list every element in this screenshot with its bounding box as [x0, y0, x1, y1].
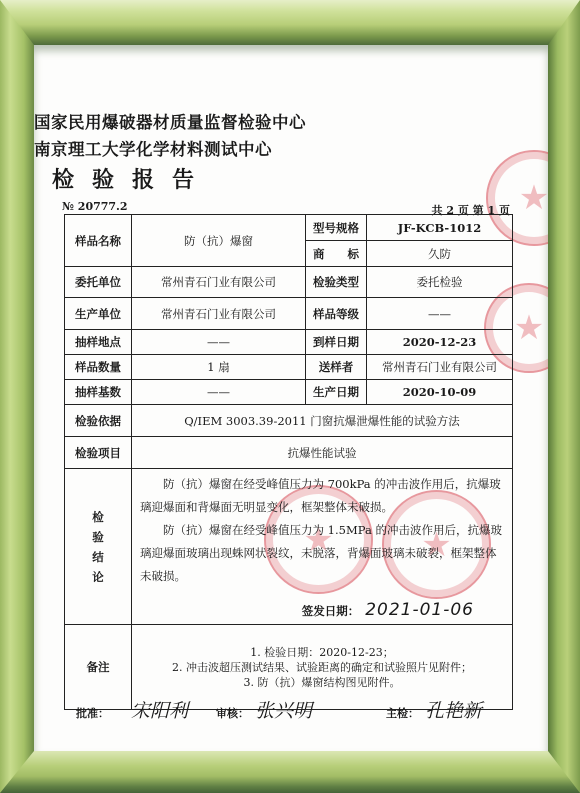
table-row: 样品名称 防（抗）爆窗 型号规格 JF-KCB-1012: [65, 215, 513, 241]
conclusion-content: 防（抗）爆窗在经受峰值压力为 700kPa 的冲击波作用后，抗爆玻璃迎爆面和背爆…: [132, 469, 513, 625]
table-row: 检验项目 抗爆性能试验: [65, 437, 513, 469]
table-row: 检验依据 Q/IEM 3003.39-2011 门窗抗爆泄爆性能的试验方法: [65, 405, 513, 437]
brand-value: 久防: [367, 241, 513, 267]
approve-signature: 批准：宋阳利: [76, 696, 188, 723]
remark-item: 2. 冲击波超压测试结果、试验距离的确定和试验照片见附件；: [136, 660, 508, 675]
inspection-type-value: 委托检验: [367, 267, 513, 298]
quantity-value: 1 扇: [132, 355, 306, 380]
remark-item: 1. 检验日期：2020-12-23；: [136, 645, 508, 660]
sender-label: 送样者: [306, 355, 367, 380]
sender-value: 常州青石门业有限公司: [367, 355, 513, 380]
issue-date-line: 签发日期：2021-01-06: [140, 600, 504, 620]
table-row: 样品数量 1 扇 送样者 常州青石门业有限公司: [65, 355, 513, 380]
sample-name-label: 样品名称: [65, 215, 132, 267]
inspector-signature: 主检：孔艳新: [386, 696, 482, 723]
brand-label: 商 标: [306, 241, 367, 267]
review-signature: 审核：张兴明: [216, 696, 312, 723]
inspection-report-table: 样品名称 防（抗）爆窗 型号规格 JF-KCB-1012 商 标 久防 委托单位…: [64, 214, 513, 710]
issuing-org-line-1: 国家民用爆破器材质量监督检验中心: [34, 109, 548, 133]
inspector-handwritten: 孔艳新: [425, 700, 482, 722]
sampling-base-value: ——: [132, 380, 306, 405]
report-title: 检验报告: [34, 163, 548, 194]
remark-item: 3. 防（抗）爆窗结构图见附件。: [136, 675, 508, 690]
item-value: 抗爆性能试验: [132, 437, 513, 469]
frame-bottom-edge: [0, 751, 580, 793]
approve-label: 批准：: [76, 707, 109, 720]
arrival-date-label: 到样日期: [306, 330, 367, 355]
document-number: № 20777.2: [62, 200, 128, 213]
sample-name-value: 防（抗）爆窗: [132, 215, 306, 267]
sampling-site-label: 抽样地点: [65, 330, 132, 355]
manufacturer-value: 常州青石门业有限公司: [132, 298, 306, 330]
conclusion-label-char: 论: [69, 567, 127, 587]
conclusion-label-char: 结: [69, 547, 127, 567]
table-row: 抽样基数 —— 生产日期 2020-10-09: [65, 380, 513, 405]
model-label: 型号规格: [306, 215, 367, 241]
seal-star-icon: ★: [514, 308, 544, 348]
arrival-date-value: 2020-12-23: [367, 330, 513, 355]
review-handwritten: 张兴明: [255, 700, 312, 722]
report-document: ★ ★ ★ ★ 国家民用爆破器材质量监督检验中心 南京理工大学化学材料测试中心 …: [34, 45, 548, 751]
conclusion-label: 检 验 结 论: [65, 469, 132, 625]
production-date-value: 2020-10-09: [367, 380, 513, 405]
basis-label: 检验依据: [65, 405, 132, 437]
item-label: 检验项目: [65, 437, 132, 469]
table-row: 生产单位 常州青石门业有限公司 样品等级 ——: [65, 298, 513, 330]
conclusion-paragraph: 防（抗）爆窗在经受峰值压力为 700kPa 的冲击波作用后，抗爆玻璃迎爆面和背爆…: [140, 473, 504, 519]
conclusion-label-char: 验: [69, 527, 127, 547]
inspection-type-label: 检验类型: [306, 267, 367, 298]
approve-handwritten: 宋阳利: [131, 700, 188, 722]
model-value: JF-KCB-1012: [367, 215, 513, 241]
production-date-label: 生产日期: [306, 380, 367, 405]
basis-value: Q/IEM 3003.39-2011 门窗抗爆泄爆性能的试验方法: [132, 405, 513, 437]
grade-value: ——: [367, 298, 513, 330]
inspector-label: 主检：: [386, 707, 419, 720]
quantity-label: 样品数量: [65, 355, 132, 380]
conclusion-label-char: 检: [69, 507, 127, 527]
frame-right-edge: [548, 0, 580, 793]
review-label: 审核：: [216, 707, 249, 720]
issue-date-label: 签发日期：: [302, 604, 360, 618]
sampling-site-value: ——: [132, 330, 306, 355]
client-value: 常州青石门业有限公司: [132, 267, 306, 298]
client-label: 委托单位: [65, 267, 132, 298]
frame-top-edge: [0, 0, 580, 45]
sampling-base-label: 抽样基数: [65, 380, 132, 405]
table-row: 检 验 结 论 防（抗）爆窗在经受峰值压力为 700kPa 的冲击波作用后，抗爆…: [65, 469, 513, 625]
issuing-org-line-2: 南京理工大学化学材料测试中心: [34, 136, 548, 160]
issue-date-handwritten: 2021-01-06: [365, 600, 474, 620]
frame-left-edge: [0, 0, 34, 793]
table-row: 委托单位 常州青石门业有限公司 检验类型 委托检验: [65, 267, 513, 298]
conclusion-paragraph: 防（抗）爆窗在经受峰值压力为 1.5MPa 的冲击波作用后，抗爆玻璃迎爆面玻璃出…: [140, 519, 504, 588]
manufacturer-label: 生产单位: [65, 298, 132, 330]
grade-label: 样品等级: [306, 298, 367, 330]
table-row: 抽样地点 —— 到样日期 2020-12-23: [65, 330, 513, 355]
